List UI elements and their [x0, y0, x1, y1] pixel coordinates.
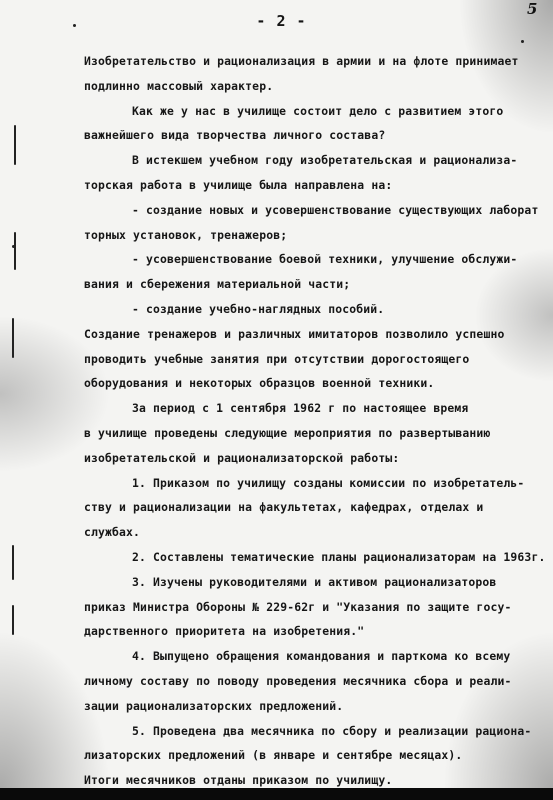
- text-line: лизаторских предложений (в январе и сент…: [84, 743, 553, 768]
- text-line: в училище проведены следующие мероприяти…: [84, 421, 553, 446]
- text-line: зации рационализаторских предложений.: [84, 694, 553, 719]
- text-line: Изобретательство и рационализация в арми…: [84, 49, 553, 74]
- margin-bracket-mark: [12, 318, 14, 358]
- margin-bracket-mark: [14, 125, 16, 165]
- text-line: важнейшего вида творчества личного соста…: [84, 123, 553, 148]
- margin-bracket-mark: [14, 232, 16, 270]
- text-line: оборудования и некоторых образцов военно…: [84, 371, 553, 396]
- document-body: Изобретательство и рационализация в арми…: [84, 49, 553, 793]
- text-line: - усовершенствование боевой техники, улу…: [84, 247, 553, 272]
- text-line: 1. Приказом по училищу созданы комиссии …: [84, 471, 553, 496]
- text-line: Как же у нас в училище состоит дело с ра…: [84, 99, 553, 124]
- text-line: За период с 1 сентября 1962 г по настоящ…: [84, 396, 553, 421]
- document-page: 5 - 2 - Изобретательство и рационализаци…: [0, 0, 553, 788]
- text-line: личному составу по поводу проведения мес…: [84, 669, 553, 694]
- margin-bracket-mark: [12, 545, 14, 580]
- ink-speck: [521, 40, 524, 43]
- ink-speck: [73, 24, 76, 27]
- text-line: службах.: [84, 520, 553, 545]
- text-line: 3. Изучены руководителями и активом раци…: [84, 570, 553, 595]
- margin-bracket-mark: [12, 605, 14, 635]
- text-line: ству и рационализации на факультетах, ка…: [84, 495, 553, 520]
- text-line: 5. Проведена два месячника по сбору и ре…: [84, 719, 553, 744]
- text-line: дарственного приоритета на изобретения.": [84, 619, 553, 644]
- ink-speck: [12, 245, 15, 248]
- text-line: изобретательской и рационализаторской ра…: [84, 446, 553, 471]
- text-line: 4. Выпущено обращения командования и пар…: [84, 644, 553, 669]
- text-line: 2. Составлены тематические планы рациона…: [84, 545, 553, 570]
- scan-border: [0, 788, 553, 800]
- text-line: Создание тренажеров и различных имитатор…: [84, 322, 553, 347]
- text-line: торных установок, тренажеров;: [84, 223, 553, 248]
- text-line: торская работа в училище была направлена…: [84, 173, 553, 198]
- text-line: вания и сбережения материальной части;: [84, 272, 553, 297]
- text-line: - создание учебно-наглядных пособий.: [84, 297, 553, 322]
- text-line: подлинно массовый характер.: [84, 74, 553, 99]
- text-line: приказ Министра Обороны № 229-62г и "Ука…: [84, 595, 553, 620]
- text-line: В истекшем учебном году изобретательская…: [84, 148, 553, 173]
- text-line: - создание новых и усовершенствование су…: [84, 198, 553, 223]
- page-number: - 2 -: [0, 12, 553, 30]
- text-line: проводить учебные занятия при отсутствии…: [84, 347, 553, 372]
